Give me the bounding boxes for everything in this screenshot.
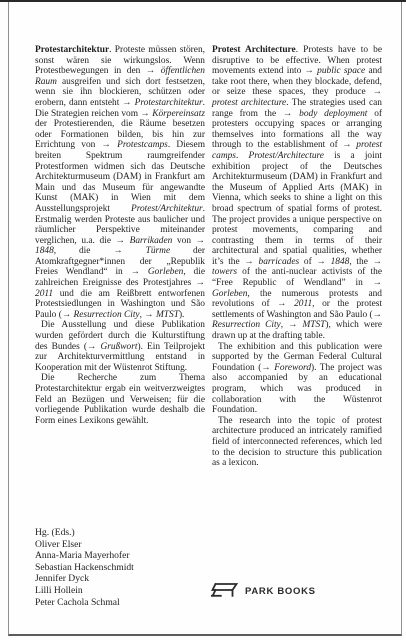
paragraph: Die Recherche zum Thema Protestarchitekt… <box>35 373 205 426</box>
paragraph: Die Ausstellung und diese Publikation wu… <box>35 320 205 373</box>
park-bench-icon <box>211 582 238 598</box>
english-text-column: Protest Architecture. Protests have to b… <box>212 45 382 469</box>
publisher-logo: PARK BOOKS <box>211 582 316 598</box>
paragraph: Protestarchitektur. Proteste müssen stör… <box>35 45 205 320</box>
paragraph: Protest Architecture. Protests have to b… <box>212 45 382 342</box>
lexicon-intro-text: Protestarchitektur. Proteste müssen stör… <box>35 45 382 469</box>
editor-line: Hg. (Eds.) <box>35 527 134 539</box>
editor-line: Oliver Elser <box>35 539 134 551</box>
paragraph: The exhibition and this publication were… <box>212 342 382 416</box>
editors-list: Hg. (Eds.)Oliver ElserAnna-Maria Mayerho… <box>35 527 134 608</box>
editor-line: Peter Cachola Schmal <box>35 597 134 609</box>
editor-line: Jennifer Dyck <box>35 573 134 585</box>
editor-line: Anna-Maria Mayerhofer <box>35 550 134 562</box>
german-text-column: Protestarchitektur. Proteste müssen stör… <box>35 45 205 469</box>
book-cover-page: Protestarchitektur. Proteste müssen stör… <box>0 0 406 640</box>
paragraph: The research into the topic of protest a… <box>212 416 382 469</box>
editor-line: Sebastian Hackenschmidt <box>35 562 134 574</box>
editor-line: Lilli Hollein <box>35 585 134 597</box>
publisher-name: PARK BOOKS <box>245 584 316 597</box>
